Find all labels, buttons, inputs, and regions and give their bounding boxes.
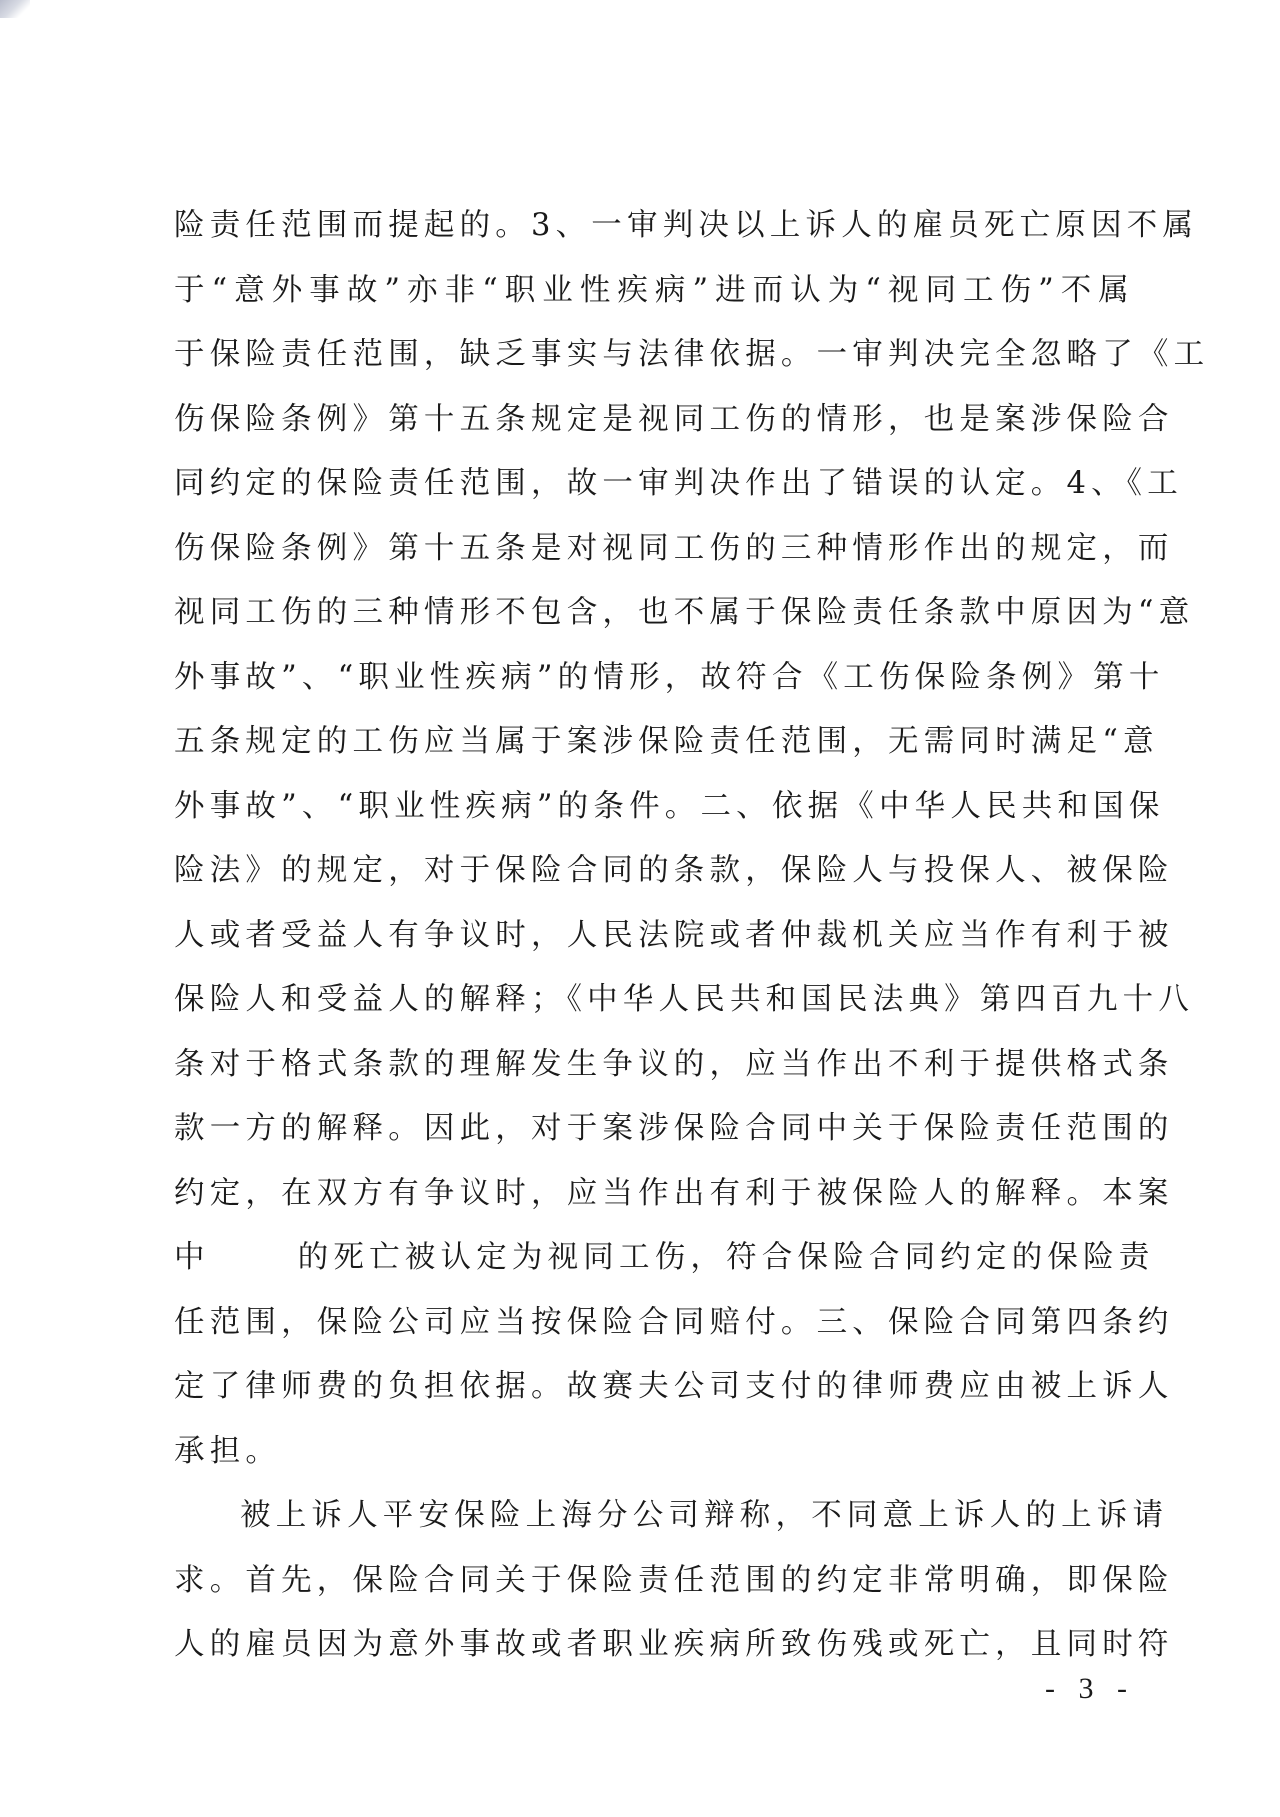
text-line: 人或者受益人有争议时，人民法院或者仲裁机关应当作有利于被 [174, 904, 1134, 969]
text-line: 于“意外事故”亦非“职业性疾病”进而认为“视同工伤”不属 [174, 259, 1134, 324]
text-line: 任范围，保险公司应当按保险合同赔付。三、保险合同第四条约 [174, 1291, 1134, 1356]
text-line: 被上诉人平安保险上海分公司辩称，不同意上诉人的上诉请 [174, 1484, 1134, 1549]
page-number: - 3 - [1040, 1672, 1140, 1706]
text-line: 约定，在双方有争议时，应当作出有利于被保险人的解释。本案 [174, 1162, 1134, 1227]
paragraph-appellee-defense: 被上诉人平安保险上海分公司辩称，不同意上诉人的上诉请 求。首先，保险合同关于保险… [174, 1484, 1134, 1678]
text-fragment: 的死亡被认定为视同工伤，符合保险合同约定的保险责 [298, 1240, 1155, 1275]
text-line: 外事故”、“职业性疾病”的条件。二、依据《中华人民共和国保 [174, 775, 1134, 840]
text-line: 求。首先，保险合同关于保险责任范围的约定非常明确，即保险 [174, 1549, 1134, 1614]
scan-artifact [0, 0, 30, 18]
text-fragment: 中 [174, 1240, 210, 1275]
paragraph-appellant-argument: 险责任范围而提起的。3、一审判决以上诉人的雇员死亡原因不属 于“意外事故”亦非“… [174, 194, 1134, 1484]
document-body: 险责任范围而提起的。3、一审判决以上诉人的雇员死亡原因不属 于“意外事故”亦非“… [174, 194, 1134, 1678]
text-line: 款一方的解释。因此，对于案涉保险合同中关于保险责任范围的 [174, 1097, 1134, 1162]
text-line: 伤保险条例》第十五条规定是视同工伤的情形，也是案涉保险合 [174, 388, 1134, 453]
text-line: 保险人和受益人的解释；《中华人民共和国民法典》第四百九十八 [174, 968, 1134, 1033]
text-line: 承担。 [174, 1420, 1134, 1485]
text-line: 视同工伤的三种情形不包含，也不属于保险责任条款中原因为“意 [174, 581, 1134, 646]
text-line: 定了律师费的负担依据。故赛夫公司支付的律师费应由被上诉人 [174, 1355, 1134, 1420]
text-line: 伤保险条例》第十五条是对视同工伤的三种情形作出的规定，而 [174, 517, 1134, 582]
text-line: 人的雇员因为意外事故或者职业疾病所致伤残或死亡，且同时符 [174, 1613, 1134, 1678]
text-line: 同约定的保险责任范围，故一审判决作出了错误的认定。4、《工 [174, 452, 1134, 517]
text-line: 条对于格式条款的理解发生争议的，应当作出不利于提供格式条 [174, 1033, 1134, 1098]
text-line-with-redaction: 中的死亡被认定为视同工伤，符合保险合同约定的保险责 [174, 1226, 1134, 1291]
text-line: 外事故”、“职业性疾病”的情形，故符合《工伤保险条例》第十 [174, 646, 1134, 711]
text-line: 险责任范围而提起的。3、一审判决以上诉人的雇员死亡原因不属 [174, 194, 1134, 259]
text-line: 于保险责任范围，缺乏事实与法律依据。一审判决完全忽略了《工 [174, 323, 1134, 388]
text-line: 险法》的规定，对于保险合同的条款，保险人与投保人、被保险 [174, 839, 1134, 904]
text-line: 五条规定的工伤应当属于案涉保险责任范围，无需同时满足“意 [174, 710, 1134, 775]
